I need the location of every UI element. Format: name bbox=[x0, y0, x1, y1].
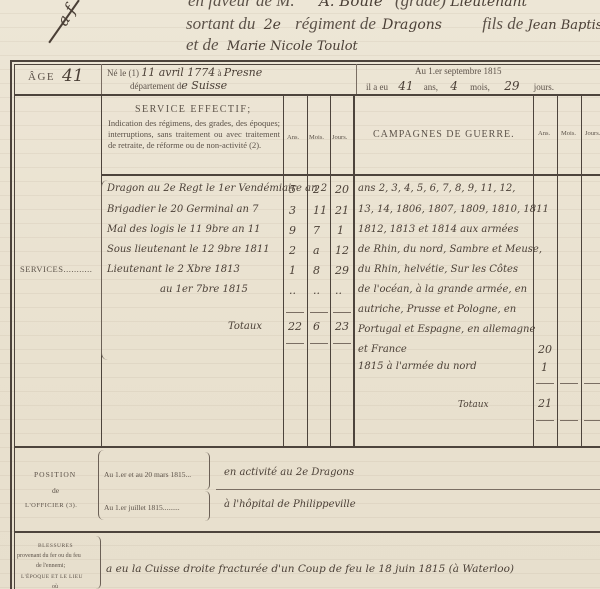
wounds-label-3: de l'ennemi; bbox=[36, 563, 65, 569]
campaigns-heading: CAMPAGNES DE GUERRE. bbox=[373, 129, 515, 140]
campaign-total-rule-ans bbox=[536, 383, 554, 384]
service-total-rule-mois bbox=[310, 312, 328, 313]
services-row-label: SERVICES........... bbox=[20, 264, 92, 274]
service-total-ans: 22 bbox=[288, 320, 302, 333]
months-value: 4 bbox=[450, 79, 458, 93]
age-value: 41 bbox=[62, 66, 84, 86]
wounds-value: a eu la Cuisse droite fracturée d'un Cou… bbox=[106, 563, 514, 575]
service-row-text: Lieutenant le 2 Xbre 1813 bbox=[107, 264, 240, 275]
position-row2-value: à l'hôpital de Philippeville bbox=[224, 499, 356, 510]
department-label: département d bbox=[130, 81, 181, 91]
born-label: Né le (1) bbox=[107, 68, 139, 78]
header-line-2: sortant du 2e régiment de Dragons fils d… bbox=[186, 14, 600, 34]
campaign-line: ans 2, 3, 4, 5, 6, 7, 8, 9, 11, 12, bbox=[358, 183, 515, 194]
service-total-label: Totaux bbox=[228, 321, 262, 332]
department-value: e Suisse bbox=[181, 79, 227, 92]
campaign-line: Portugal et Espagne, en allemagne bbox=[358, 324, 535, 335]
position-row2-brace bbox=[205, 491, 210, 521]
campaign-value-ans: 20 bbox=[538, 343, 552, 356]
campaign-total-bottom-jours bbox=[584, 420, 600, 421]
wounds-brace bbox=[96, 536, 101, 589]
position-row2-label: Au 1.er juillet 1815......... bbox=[104, 503, 180, 512]
position-row1-value: en activité au 2e Dragons bbox=[224, 467, 354, 478]
wounds-label-5: où bbox=[52, 584, 58, 589]
service-total-rule-ans bbox=[286, 312, 304, 313]
service-row-mois: 11 bbox=[313, 204, 327, 217]
service-heading: SERVICE EFFECTIF; bbox=[135, 104, 252, 115]
campaign-line: du Rhin, helvétie, Sur les Côtes bbox=[358, 264, 518, 275]
campaign-total-bottom-ans bbox=[536, 420, 554, 421]
campaign-total-rule-mois bbox=[560, 383, 578, 384]
born-line: Né le (1) 11 avril 1774 à Presne bbox=[107, 66, 262, 79]
service-description: Indication des régimens, des grades, des… bbox=[108, 118, 280, 151]
service-row-ans: 1 bbox=[289, 264, 296, 277]
services-header-bottom bbox=[101, 174, 600, 176]
department-line: département de Suisse bbox=[130, 79, 227, 92]
campaign-mois-divider bbox=[557, 96, 558, 446]
campaign-total-label: Totaux bbox=[458, 400, 489, 410]
table-left-border bbox=[10, 60, 12, 589]
campaign-ans-divider bbox=[533, 96, 534, 446]
service-row-ans: 9 bbox=[289, 224, 296, 237]
wounds-label-1: BLESSURES bbox=[38, 543, 73, 549]
document-page: a f en faveur de M. A. Boulé (grade) Lie… bbox=[0, 0, 600, 589]
service-row-mois: 8 bbox=[313, 264, 320, 277]
as-of-date: Au 1.er septembre 1815 bbox=[415, 66, 501, 76]
days-value: 29 bbox=[504, 79, 519, 93]
service-total-mois: 6 bbox=[313, 320, 320, 333]
position-row-divider bbox=[216, 489, 600, 490]
table-top-border bbox=[10, 60, 600, 62]
service-row-mois: a bbox=[313, 244, 320, 257]
service-mois-divider bbox=[307, 96, 308, 446]
service-row-ans: 5 bbox=[289, 183, 296, 196]
header-line-1: en faveur de M. A. Boulé (grade) Lieuten… bbox=[188, 0, 527, 11]
father-label: fils de bbox=[482, 14, 523, 33]
service-col-ans: Ans. bbox=[287, 134, 299, 141]
campaign-value-ans: 1 bbox=[541, 361, 548, 374]
campaign-jours-divider bbox=[581, 96, 582, 446]
services-section-bottom bbox=[14, 446, 600, 448]
services-label-text: SERVICES bbox=[20, 264, 63, 274]
age-detail-line: il a eu 41 ans, 4 mois, 29 jours. bbox=[366, 79, 554, 93]
service-row-jours: 1 bbox=[337, 224, 344, 237]
wounds-label-4: L'ÉPOQUE et LE LIEU bbox=[21, 574, 83, 580]
campaign-col-jours: Jours. bbox=[585, 130, 600, 137]
age-label: ÂGE bbox=[28, 71, 55, 83]
service-jours-divider bbox=[330, 96, 331, 446]
position-row1-label: Au 1.er et au 20 mars 1815... bbox=[104, 470, 191, 479]
service-row-ans: .. bbox=[289, 284, 296, 297]
had-label: il a eu bbox=[366, 82, 388, 92]
campaign-line: 1812, 1813 et 1814 aux armées bbox=[358, 224, 519, 235]
service-row-mois: 2 bbox=[313, 183, 320, 196]
service-total-bottom-ans bbox=[286, 343, 304, 344]
days-label: jours. bbox=[534, 82, 554, 92]
service-row-jours: 21 bbox=[335, 204, 349, 217]
months-label: mois, bbox=[470, 82, 490, 92]
campaign-col-mois: Mois. bbox=[561, 130, 576, 137]
officer-name: A. Boulé bbox=[319, 0, 383, 10]
service-col-mois: Mois. bbox=[309, 134, 324, 141]
age-divider bbox=[101, 64, 102, 94]
service-col-jours: Jours. bbox=[332, 134, 347, 141]
years-value: 41 bbox=[398, 79, 413, 93]
service-row-jours: .. bbox=[335, 284, 342, 297]
grade-value: Lieutenant bbox=[450, 0, 527, 10]
campaign-line: 1815 à l'armée du nord bbox=[358, 361, 477, 372]
campaign-line: 13, 14, 1806, 1807, 1809, 1810, 1811 bbox=[358, 204, 549, 215]
header-line-3: et de Marie Nicole Toulot bbox=[186, 35, 358, 55]
born-at-label: à bbox=[218, 68, 222, 78]
campaign-total-bottom-mois bbox=[560, 420, 578, 421]
position-label-3: L'OFFICIER (3). bbox=[25, 502, 77, 509]
wounds-label-2: provenant du fer ou du feu bbox=[17, 553, 81, 559]
service-row-jours: 29 bbox=[335, 264, 349, 277]
regiment-prefix: sortant du bbox=[186, 14, 255, 33]
service-row-jours: 20 bbox=[335, 183, 349, 196]
header-prefix: en faveur de M. bbox=[188, 0, 295, 10]
service-row-ans: 2 bbox=[289, 244, 296, 257]
service-row-mois: 7 bbox=[313, 224, 320, 237]
campaign-total-rule-jours bbox=[584, 383, 600, 384]
service-row-text: Brigadier le 20 Germinal an 7 bbox=[107, 204, 258, 215]
campaign-line: autriche, Prusse et Pologne, en bbox=[358, 304, 516, 315]
service-total-bottom-mois bbox=[310, 343, 328, 344]
position-label-1: POSITION bbox=[34, 470, 76, 479]
mother-name: Marie Nicole Toulot bbox=[227, 39, 358, 54]
service-row-text: Mal des logis le 11 9bre an 11 bbox=[107, 224, 260, 235]
service-row-ans: 3 bbox=[289, 204, 296, 217]
table-left-border-inner bbox=[14, 64, 15, 589]
service-row-mois: .. bbox=[313, 284, 320, 297]
father-name: Jean Baptiste bbox=[528, 18, 600, 33]
regiment-label: régiment de bbox=[295, 14, 376, 33]
campaign-line: et France bbox=[358, 344, 407, 355]
regiment-number: 2e bbox=[264, 17, 281, 33]
campaign-line: de l'océan, à la grande armée, en bbox=[358, 284, 527, 295]
service-row-text: au 1er 7bre 1815 bbox=[160, 284, 248, 295]
service-campaign-divider bbox=[353, 96, 355, 446]
identity-divider bbox=[356, 64, 357, 94]
service-total-rule-jours bbox=[333, 312, 351, 313]
service-row-jours: 12 bbox=[335, 244, 349, 257]
grade-label: (grade) bbox=[395, 0, 446, 10]
service-ans-divider bbox=[283, 96, 284, 446]
service-total-bottom-jours bbox=[333, 343, 351, 344]
campaign-col-ans: Ans. bbox=[538, 130, 550, 137]
position-label-2: de bbox=[52, 486, 59, 495]
regiment-type: Dragons bbox=[382, 17, 442, 33]
service-row-text: Sous lieutenant le 12 9bre 1811 bbox=[107, 244, 270, 255]
service-total-jours: 23 bbox=[335, 320, 349, 333]
years-label: ans, bbox=[424, 82, 438, 92]
services-label-dots: ........... bbox=[63, 264, 92, 274]
position-section-bottom bbox=[14, 531, 600, 533]
mother-label: et de bbox=[186, 35, 219, 54]
born-date: 11 avril 1774 bbox=[141, 66, 215, 79]
campaign-line: de Rhin, du nord, Sambre et Meuse, bbox=[358, 244, 542, 255]
position-row1-brace bbox=[205, 452, 210, 490]
campaign-total-ans: 21 bbox=[538, 397, 552, 410]
born-place: Presne bbox=[224, 66, 262, 79]
